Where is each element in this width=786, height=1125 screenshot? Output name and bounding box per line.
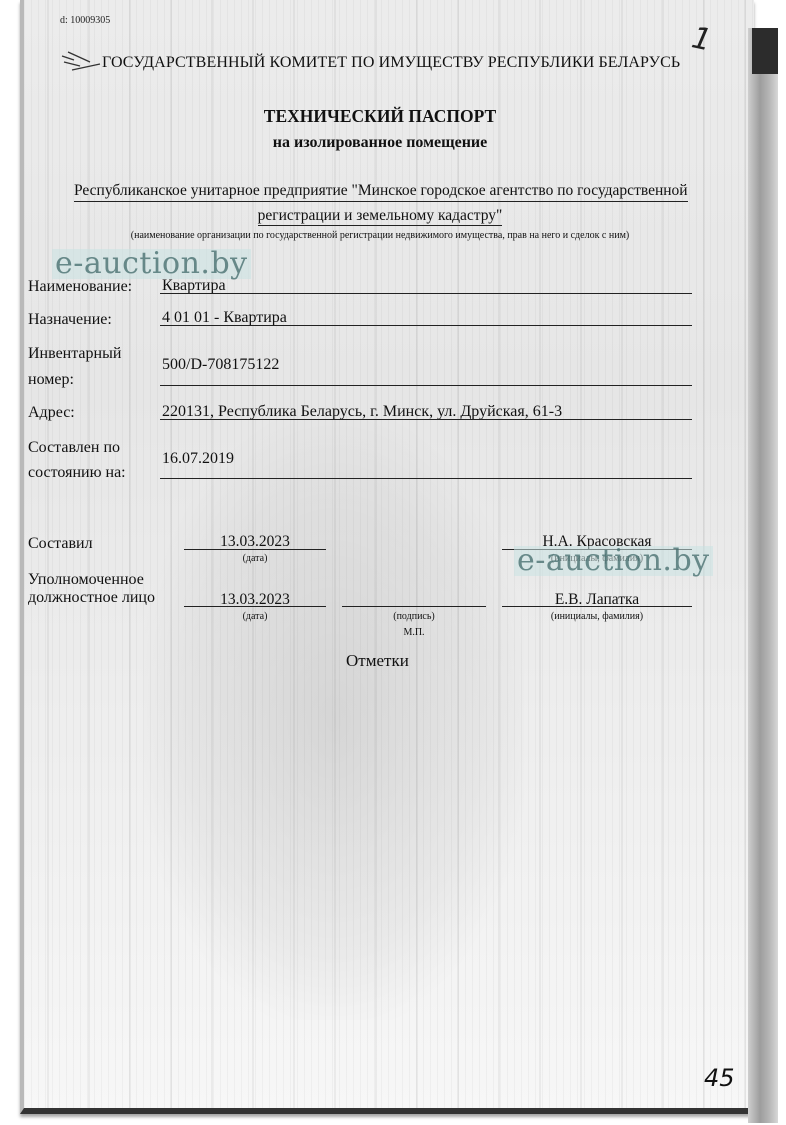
date-underline: [184, 549, 326, 550]
scan-shading: [144, 420, 524, 1020]
organization-line-2: регистрации и земельному кадастру": [24, 207, 736, 225]
field-label-purpose: Назначение:: [28, 306, 112, 333]
authorized-label-line2: должностное лицо: [28, 589, 155, 607]
authorized-label-line1: Уполномоченное: [28, 571, 144, 589]
name-caption: (инициалы, фамилия): [502, 611, 692, 622]
field-underline: [160, 419, 692, 420]
field-label-as-of-line2: состоянию на:: [28, 459, 126, 486]
issuer-heading: ГОСУДАРСТВЕННЫЙ КОМИТЕТ ПО ИМУЩЕСТВУ РЕС…: [102, 54, 680, 72]
field-underline: [160, 293, 692, 294]
field-label-address: Адрес:: [28, 399, 75, 426]
organization-line-2-text: регистрации и земельному кадастру": [258, 207, 503, 226]
field-underline: [160, 325, 692, 326]
date-underline: [184, 606, 326, 607]
field-label-inventory-line1: Инвентарный: [28, 340, 121, 367]
field-label-as-of-line1: Составлен по: [28, 434, 120, 461]
date-caption: (дата): [184, 611, 326, 622]
document-page: d: 10009305 1 ГОСУДАРСТВЕННЫЙ КОМИТЕТ ПО…: [20, 0, 754, 1114]
handwritten-page-number: 1: [689, 20, 715, 58]
name-underline: [502, 606, 692, 607]
signature-line: [342, 606, 486, 607]
field-value-as-of-date: 16.07.2019: [162, 450, 234, 468]
handwritten-sheet-number: 45: [704, 1064, 735, 1092]
stamp-caption: М.П.: [342, 627, 486, 638]
document-id: d: 10009305: [60, 15, 110, 26]
watermark: e-auction.by: [514, 546, 713, 576]
organization-line-1: Республиканское унитарное предприятие "М…: [74, 182, 688, 202]
compiled-label: Составил: [28, 530, 93, 557]
pen-mark-icon: [60, 50, 102, 74]
scan-edge-strip: [748, 28, 778, 1123]
organization-caption: (наименование организации по государстве…: [24, 230, 736, 241]
remarks-heading: Отметки: [346, 651, 409, 671]
field-underline: [160, 478, 692, 479]
document-subtitle: на изолированное помещение: [24, 134, 736, 152]
signature-caption: (подпись): [342, 611, 486, 622]
document-title: ТЕХНИЧЕСКИЙ ПАСПОРТ: [24, 106, 736, 127]
scan-edge-block: [752, 28, 778, 74]
field-label-name: Наименование:: [28, 273, 132, 300]
field-label-inventory-line2: номер:: [28, 366, 74, 393]
field-value-inventory-number: 500/D-708175122: [162, 356, 279, 374]
date-caption: (дата): [184, 553, 326, 564]
field-underline: [160, 385, 692, 386]
